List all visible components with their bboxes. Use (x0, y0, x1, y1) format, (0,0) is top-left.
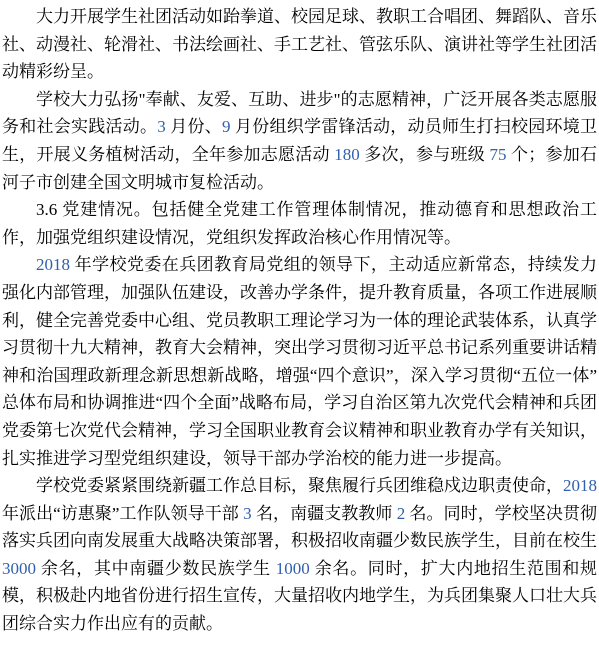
number-highlight: 3 (157, 117, 166, 136)
paragraph: 学校党委紧紧围绕新疆工作总目标，聚焦履行兵团维稳戍边职责使命，2018年派出“访… (2, 472, 597, 638)
text-run: 大力开展学生社团活动如跆拳道、校园足球、教职工合唱团、舞蹈队、音乐社、动漫社、轮… (2, 7, 597, 81)
text-run: 学校党委紧紧围绕新疆工作总目标，聚焦履行兵团维稳戍边职责使命， (36, 476, 563, 495)
number-highlight: 2018 (36, 255, 70, 274)
number-highlight: 3000 (2, 559, 36, 578)
paragraph: 学校大力弘扬"奉献、友爱、互助、进步"的志愿精神，广泛开展各类志愿服务和社会实践… (2, 86, 597, 196)
number-highlight: 180 (334, 145, 360, 164)
text-run: 多次，参与班级 (360, 145, 490, 164)
paragraph: 3.6 党建情况。包括健全党建工作管理体制情况，推动德育和思想政治工作，加强党组… (2, 196, 597, 251)
document-page: 大力开展学生社团活动如跆拳道、校园足球、教职工合唱团、舞蹈队、音乐社、动漫社、轮… (0, 0, 599, 648)
text-run: 月份、 (166, 117, 222, 136)
text-run: 余名，其中南疆少数民族学生 (36, 559, 276, 578)
text-run: 名，南疆支教教师 (252, 504, 397, 523)
text-run: 3.6 党建情况。包括健全党建工作管理体制情况，推动德育和思想政治工作，加强党组… (2, 200, 597, 247)
number-highlight: 2 (397, 504, 406, 523)
document-body: 大力开展学生社团活动如跆拳道、校园足球、教职工合唱团、舞蹈队、音乐社、动漫社、轮… (2, 3, 597, 638)
number-highlight: 1000 (276, 559, 310, 578)
number-highlight: 2018 (563, 476, 597, 495)
paragraph: 2018 年学校党委在兵团教育局党组的领导下，主动适应新常态，持续发力强化内部管… (2, 251, 597, 472)
number-highlight: 75 (490, 145, 507, 164)
text-run: 年学校党委在兵团教育局党组的领导下，主动适应新常态，持续发力强化内部管理，加强队… (2, 255, 597, 467)
paragraph: 大力开展学生社团活动如跆拳道、校园足球、教职工合唱团、舞蹈队、音乐社、动漫社、轮… (2, 3, 597, 86)
number-highlight: 9 (222, 117, 231, 136)
text-run: 年派出“访惠聚”工作队领导干部 (2, 504, 243, 523)
number-highlight: 3 (243, 504, 252, 523)
